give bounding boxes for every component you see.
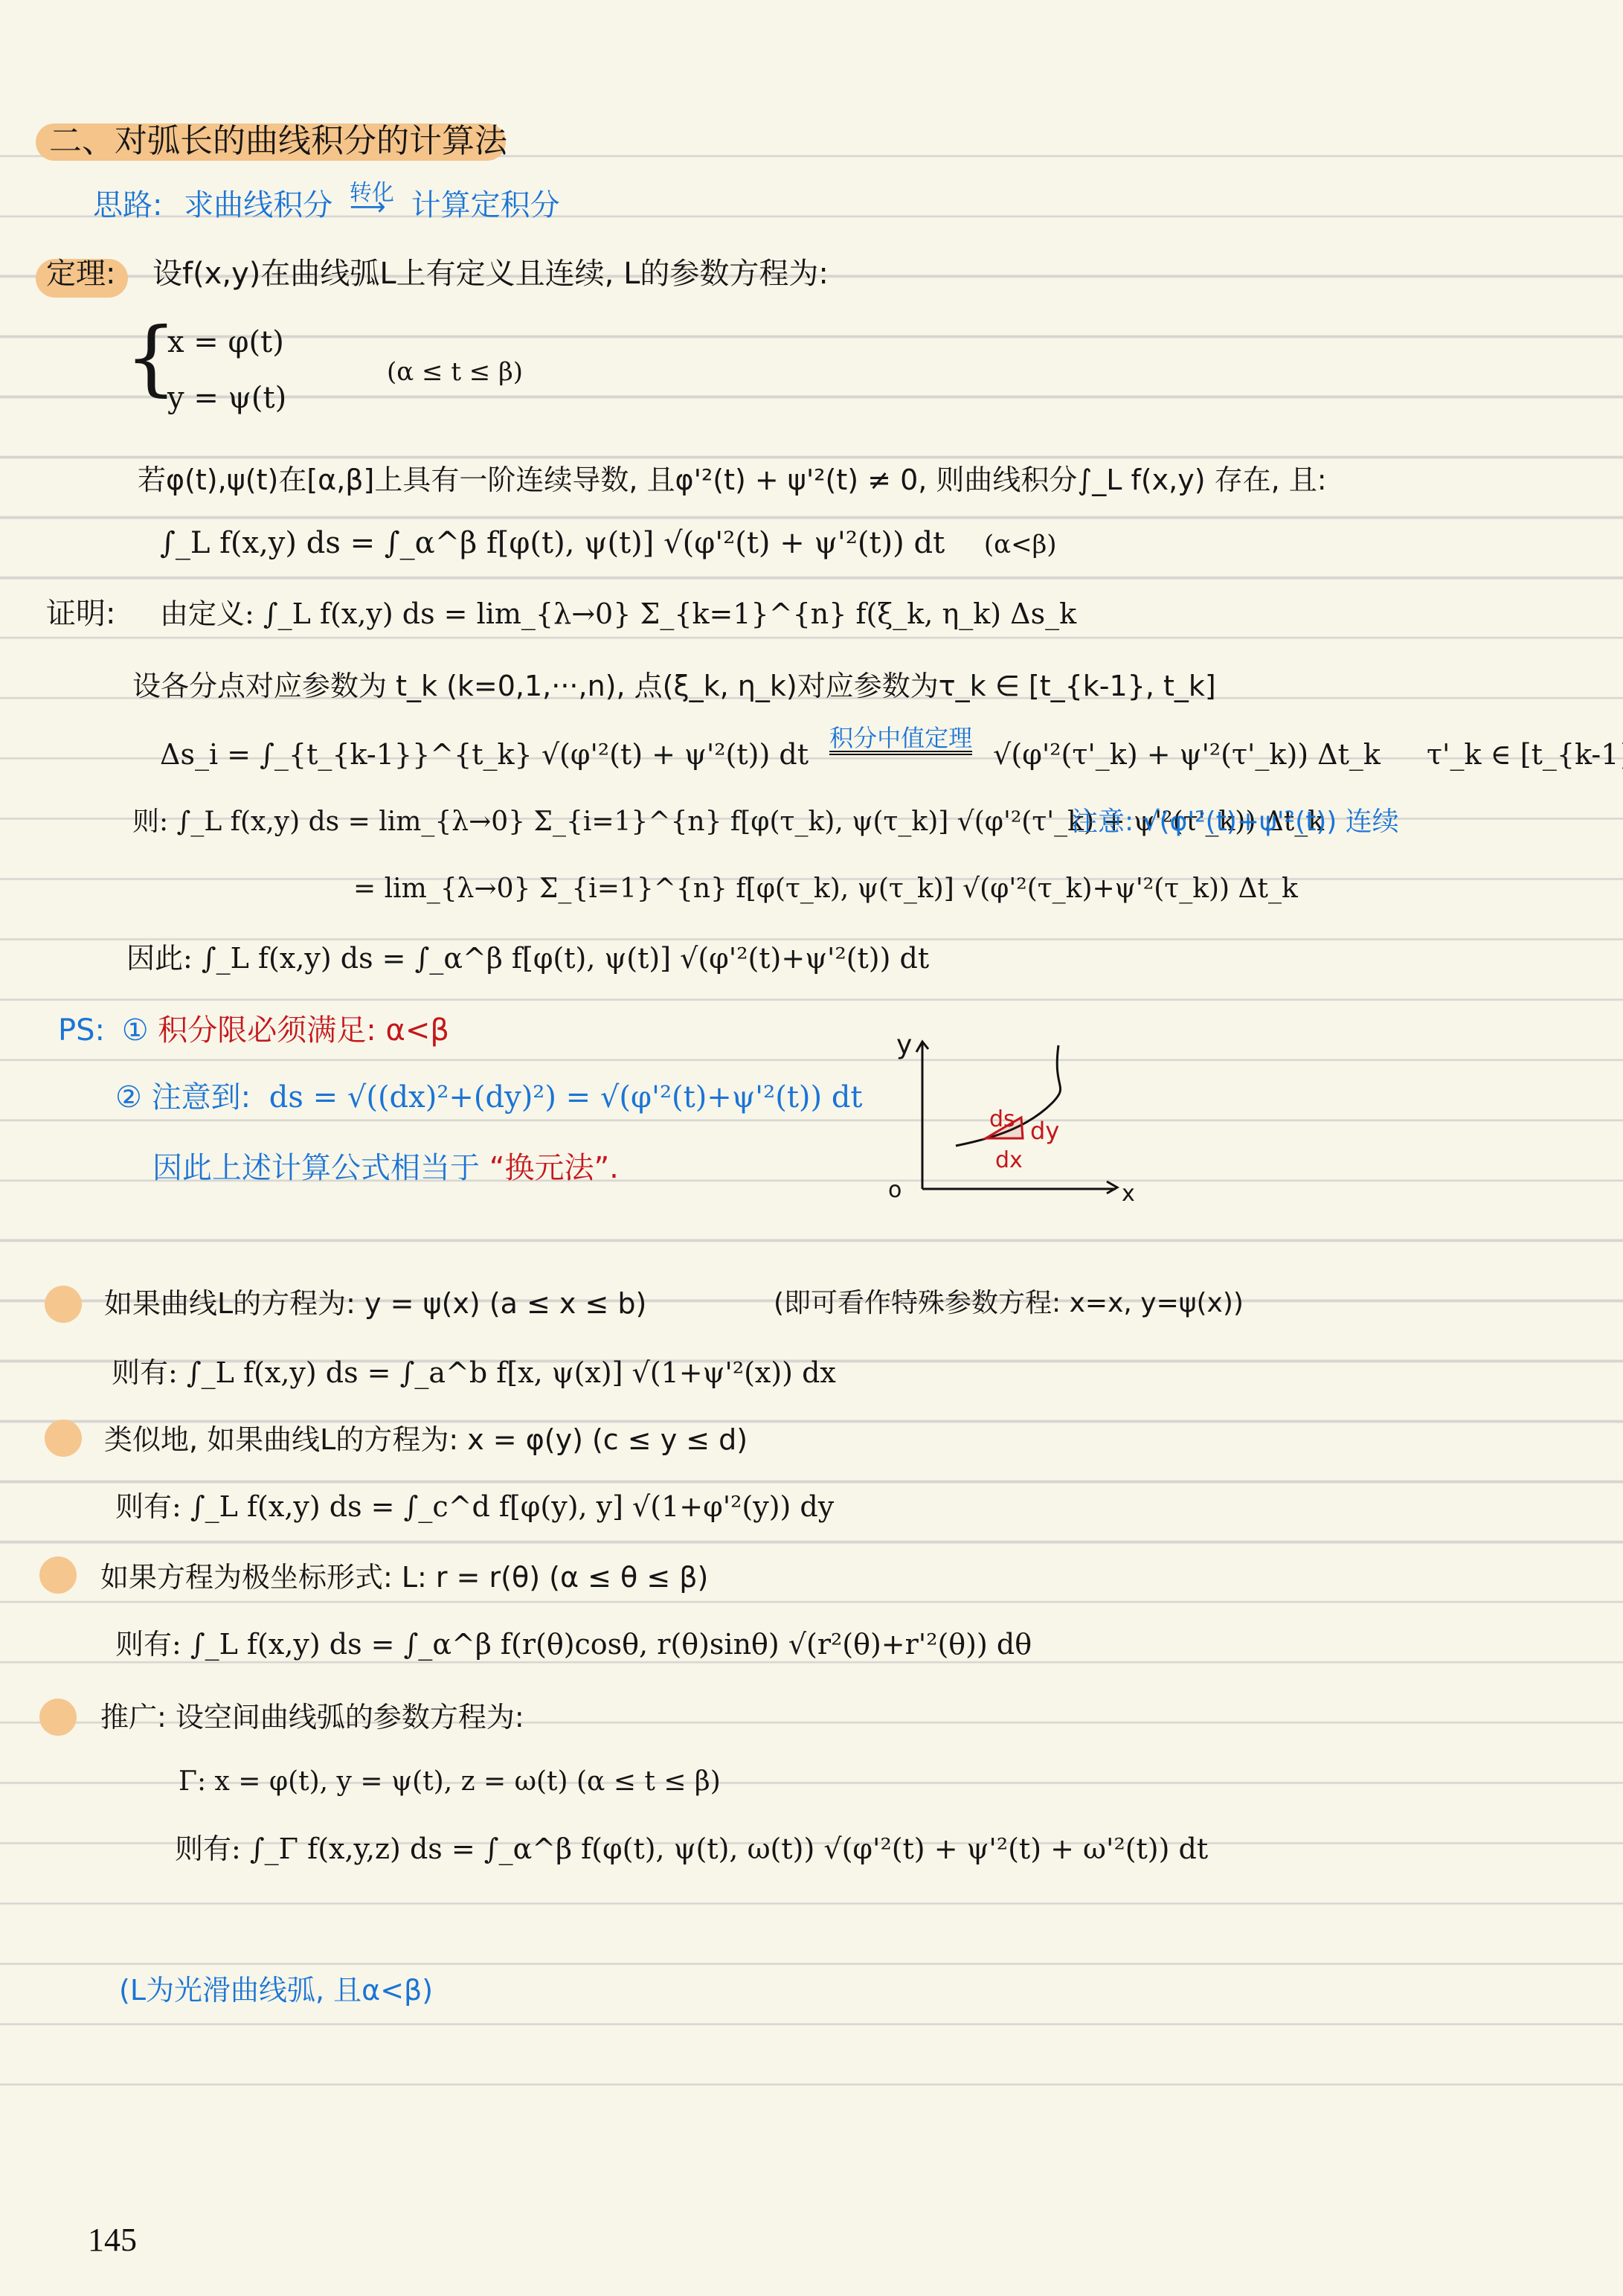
proof-line4-note: 注意: √(φ'²(t)+ψ'²(t)) 连续 [1071, 800, 1399, 844]
bullet-icon [39, 1556, 77, 1594]
diagram-dx-label: dx [995, 1138, 1023, 1183]
diagram-dy-label: dy [1030, 1109, 1059, 1153]
case3-result: 则有: ∫_L f(x,y) ds = ∫_α^β f(r(θ)cosθ, r(… [115, 1622, 1032, 1667]
ps-item2-label: 注意到: [152, 1080, 251, 1115]
proof-label: 证明: [46, 591, 115, 636]
case4-param: Γ: x = φ(t), y = ψ(t), z = ω(t) (α ≤ t ≤… [179, 1760, 721, 1804]
ps-item2-formula: ds = √((dx)²+(dy)²) = √(φ'²(t)+ψ'²(t)) d… [269, 1080, 863, 1115]
diagram-y-label: y [896, 1023, 912, 1068]
idea-to: 计算定积分 [411, 188, 560, 222]
theorem-text: 设f(x,y)在曲线弧L上有定义且连续, L的参数方程为: [152, 251, 829, 296]
param-y: y = ψ(t) [167, 376, 286, 420]
ps-item1: PS: ① 积分限必须满足: α<β [58, 1008, 449, 1053]
page-number: 145 [88, 2221, 137, 2259]
param-x: x = φ(t) [167, 320, 284, 365]
case1-condition: 如果曲线L的方程为: y = ψ(x) (a ≤ x ≤ b) [104, 1281, 646, 1326]
idea-line: 思路: 求曲线积分 转化 ⟶ 计算定积分 [93, 182, 560, 228]
case1-aside: (即可看作特殊参数方程: x=x, y=ψ(x)) [774, 1281, 1244, 1326]
ps-label: PS: [58, 1013, 105, 1048]
mvt-label: 积分中值定理 [829, 725, 972, 755]
theorem-label: 定理: [46, 251, 115, 296]
bullet-icon [45, 1286, 82, 1323]
theorem-condition: 若φ(t),ψ(t)在[α,β]上具有一阶连续导数, 且φ'²(t) + ψ'²… [138, 458, 1327, 502]
case4-condition: 推广: 设空间曲线弧的参数方程为: [100, 1695, 524, 1739]
ps-item3-prefix: 因此上述计算公式相当于 [152, 1151, 480, 1185]
section-title: 二、对弧长的曲线积分的计算法 [49, 119, 507, 164]
idea-label: 思路: [93, 188, 162, 222]
idea-from: 求曲线积分 [184, 188, 332, 222]
proof-line1: 由定义: ∫_L f(x,y) ds = lim_{λ→0} Σ_{k=1}^{… [160, 591, 1076, 636]
diagram-origin-label: o [888, 1168, 902, 1213]
ps-item2: ② 注意到: ds = √((dx)²+(dy)²) = √(φ'²(t)+ψ'… [115, 1075, 863, 1120]
proof-line3-range: τ'_k ∈ [t_{k-1}, t_k] [1427, 738, 1623, 771]
diagram-ds-label: ds [989, 1097, 1015, 1142]
proof-line3: Δs_i = ∫_{t_{k-1}}^{t_k} √(φ'²(t) + ψ'²(… [160, 725, 1623, 777]
ps-item2-num: ② [115, 1080, 142, 1115]
proof-line5: = lim_{λ→0} Σ_{i=1}^{n} f[φ(τ_k), ψ(τ_k)… [353, 867, 1298, 911]
ps-item3: 因此上述计算公式相当于 “换元法”. [152, 1146, 619, 1190]
bullet-icon [45, 1420, 82, 1457]
x-axis [922, 1181, 1117, 1193]
formula-note: (α<β) [984, 530, 1057, 559]
case4-result: 则有: ∫_Γ f(x,y,z) ds = ∫_α^β f(φ(t), ψ(t)… [175, 1827, 1208, 1871]
case2-condition: 类似地, 如果曲线L的方程为: x = φ(y) (c ≤ y ≤ d) [104, 1417, 748, 1462]
proof-line6: 因此: ∫_L f(x,y) ds = ∫_α^β f[φ(t), ψ(t)] … [126, 936, 929, 981]
bullet-icon [39, 1699, 77, 1736]
param-range: (α ≤ t ≤ β) [387, 350, 523, 394]
ps-item1-text: 积分限必须满足: α<β [158, 1013, 449, 1048]
ps-item3-highlight: “换元法”. [489, 1151, 619, 1185]
ps-item1-num: ① [122, 1013, 149, 1048]
formula-body: ∫_L f(x,y) ds = ∫_α^β f[φ(t), ψ(t)] √(φ'… [160, 526, 945, 560]
case2-result: 则有: ∫_L f(x,y) ds = ∫_c^d f[φ(y), y] √(1… [115, 1484, 834, 1529]
theorem-formula: ∫_L f(x,y) ds = ∫_α^β f[φ(t), ψ(t)] √(φ'… [160, 521, 1057, 567]
case3-condition: 如果方程为极坐标形式: L: r = r(θ) (α ≤ θ ≤ β) [100, 1555, 708, 1600]
diagram-x-label: x [1122, 1172, 1135, 1216]
case1-result: 则有: ∫_L f(x,y) ds = ∫_a^b f[x, ψ(x)] √(1… [112, 1350, 836, 1395]
proof-line2: 设各分点对应参数为 t_k (k=0,1,···,n), 点(ξ_k, η_k)… [132, 664, 1216, 708]
idea-arrow: 转化 ⟶ [350, 182, 394, 214]
proof-line3-left: Δs_i = ∫_{t_{k-1}}^{t_k} √(φ'²(t) + ψ'²(… [160, 738, 809, 771]
y-axis [916, 1042, 928, 1189]
proof-line3-right: √(φ'²(τ'_k) + ψ'²(τ'_k)) Δt_k [993, 738, 1381, 771]
footnote: (L为光滑曲线弧, 且α<β) [119, 1968, 433, 2013]
